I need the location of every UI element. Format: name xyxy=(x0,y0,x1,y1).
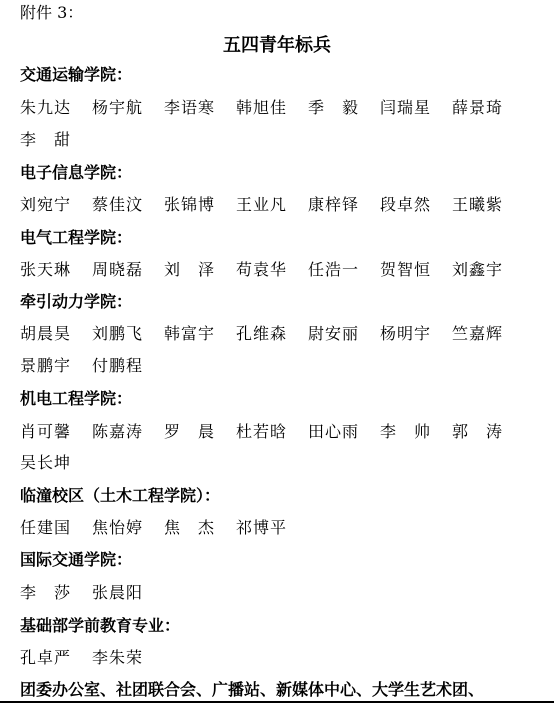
person-name: 张晨阳 xyxy=(92,581,164,605)
name-row: 吴长坤 xyxy=(20,451,92,475)
name-row: 胡晨昊刘鹏飞韩富宇孔维森尉安丽杨明宇竺嘉辉 xyxy=(20,322,524,346)
section-heading: 电气工程学院： xyxy=(20,226,132,250)
person-name: 苟袁华 xyxy=(236,258,308,282)
person-name: 李 帅 xyxy=(380,420,452,444)
person-name: 杜若晗 xyxy=(236,420,308,444)
person-name: 刘鑫宇 xyxy=(452,258,524,282)
section-heading: 基础部学前教育专业： xyxy=(20,614,180,638)
section-heading: 国际交通学院： xyxy=(20,548,132,572)
person-name: 李语寒 xyxy=(164,96,236,120)
section-heading: 团委办公室、社团联合会、广播站、新媒体中心、大学生艺术团、 xyxy=(20,678,484,702)
attachment-label: 附件 3： xyxy=(20,1,83,25)
person-name: 韩旭佳 xyxy=(236,96,308,120)
person-name: 薛景琦 xyxy=(452,96,524,120)
person-name: 陈嘉涛 xyxy=(92,420,164,444)
person-name: 孔卓严 xyxy=(20,646,92,670)
person-name: 闫瑞星 xyxy=(380,96,452,120)
person-name: 刘鹏飞 xyxy=(92,322,164,346)
section-heading: 交通运输学院： xyxy=(20,63,132,87)
name-row: 任建国焦怡婷焦 杰祁博平 xyxy=(20,516,308,540)
name-row: 孔卓严李朱荣 xyxy=(20,646,164,670)
person-name: 李 甜 xyxy=(20,128,92,152)
person-name: 李 莎 xyxy=(20,581,92,605)
name-row: 张天琳周晓磊刘 泽苟袁华任浩一贺智恒刘鑫宇 xyxy=(20,258,524,282)
person-name: 肖可馨 xyxy=(20,420,92,444)
person-name: 景鹏宇 xyxy=(20,354,92,378)
section-heading: 电子信息学院： xyxy=(20,161,132,185)
person-name: 贺智恒 xyxy=(380,258,452,282)
person-name: 杨明宇 xyxy=(380,322,452,346)
person-name: 王业凡 xyxy=(236,193,308,217)
person-name: 段卓然 xyxy=(380,193,452,217)
person-name: 田心雨 xyxy=(308,420,380,444)
section-heading: 机电工程学院： xyxy=(20,387,132,411)
person-name: 吴长坤 xyxy=(20,451,92,475)
person-name: 付鹏程 xyxy=(92,354,164,378)
person-name: 罗 晨 xyxy=(164,420,236,444)
person-name: 张锦博 xyxy=(164,193,236,217)
name-row: 李 莎张晨阳 xyxy=(20,581,164,605)
person-name: 胡晨昊 xyxy=(20,322,92,346)
name-row: 肖可馨陈嘉涛罗 晨杜若晗田心雨李 帅郭 涛 xyxy=(20,420,524,444)
person-name: 刘 泽 xyxy=(164,258,236,282)
person-name: 张天琳 xyxy=(20,258,92,282)
document-page: 附件 3： 五四青年标兵 交通运输学院： 朱九达杨宇航李语寒韩旭佳季 毅闫瑞星薛… xyxy=(0,0,554,703)
person-name: 康梓铎 xyxy=(308,193,380,217)
section-heading: 临潼校区（土木工程学院）： xyxy=(20,484,220,508)
document-title: 五四青年标兵 xyxy=(0,32,554,60)
name-row: 刘宛宁蔡佳汶张锦博王业凡康梓铎段卓然王曦紫 xyxy=(20,193,524,217)
section-heading: 牵引动力学院： xyxy=(20,290,132,314)
person-name: 周晓磊 xyxy=(92,258,164,282)
person-name: 焦怡婷 xyxy=(92,516,164,540)
person-name: 杨宇航 xyxy=(92,96,164,120)
person-name: 祁博平 xyxy=(236,516,308,540)
person-name: 王曦紫 xyxy=(452,193,524,217)
person-name: 刘宛宁 xyxy=(20,193,92,217)
person-name: 蔡佳汶 xyxy=(92,193,164,217)
person-name: 尉安丽 xyxy=(308,322,380,346)
person-name: 郭 涛 xyxy=(452,420,524,444)
name-row: 李 甜 xyxy=(20,128,92,152)
person-name: 季 毅 xyxy=(308,96,380,120)
person-name: 韩富宇 xyxy=(164,322,236,346)
person-name: 李朱荣 xyxy=(92,646,164,670)
person-name: 孔维森 xyxy=(236,322,308,346)
person-name: 任建国 xyxy=(20,516,92,540)
person-name: 焦 杰 xyxy=(164,516,236,540)
person-name: 朱九达 xyxy=(20,96,92,120)
person-name: 竺嘉辉 xyxy=(452,322,524,346)
name-row: 景鹏宇付鹏程 xyxy=(20,354,164,378)
person-name: 任浩一 xyxy=(308,258,380,282)
name-row: 朱九达杨宇航李语寒韩旭佳季 毅闫瑞星薛景琦 xyxy=(20,96,524,120)
